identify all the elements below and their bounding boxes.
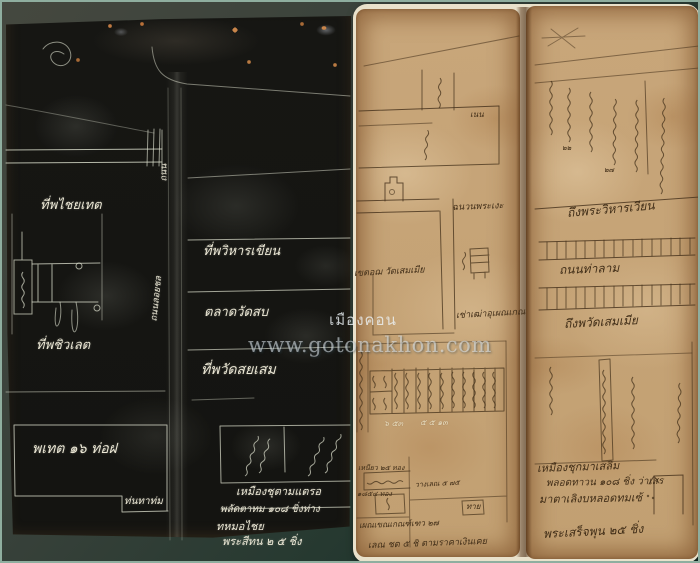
map-label: พระสีทน ๒ ๕ ชิ่ง: [222, 536, 301, 547]
photo-frame: ที่พไชยเทตที่พชิวเลตพเทต ๑๖ ท่อฝท่นทาท่ม…: [0, 0, 700, 563]
paper-page-left: [356, 9, 520, 557]
book-fold: [166, 72, 188, 544]
black-book-panel: [6, 16, 351, 545]
paper-page-right: [526, 6, 698, 559]
page-gap-shadow: [516, 7, 532, 557]
